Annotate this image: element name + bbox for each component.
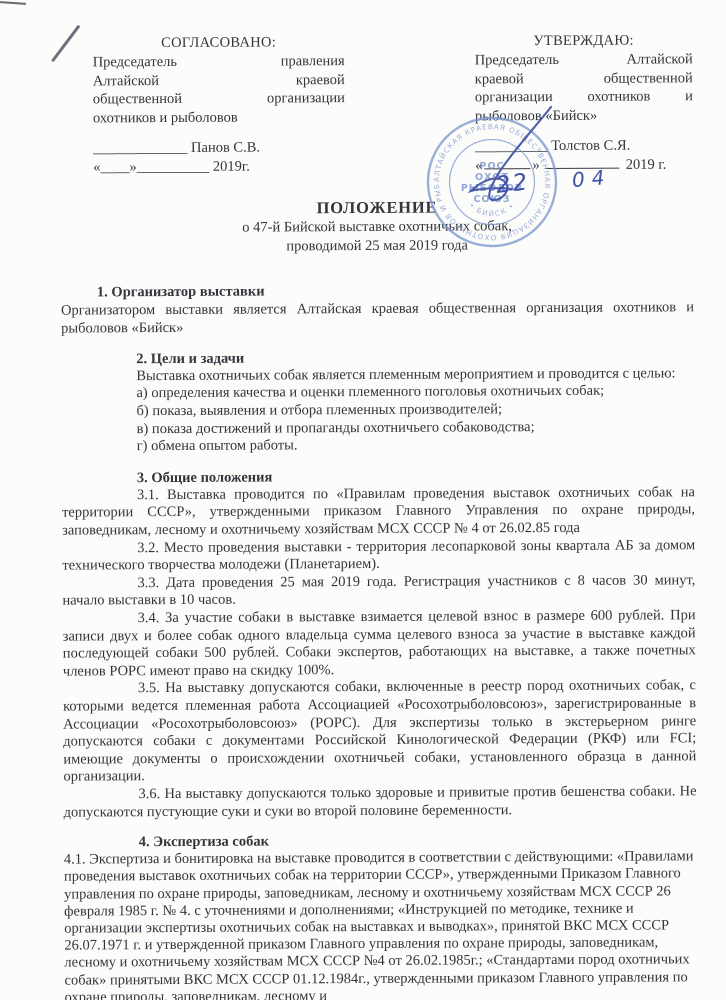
clause-3-1: 3.1. Выставка проводится по «Правилам пр… xyxy=(62,484,695,540)
approved-line: Председатель Алтайской xyxy=(475,50,693,70)
section-2-body: Выставка охотничьих собак является племе… xyxy=(136,365,694,456)
section-general: 3. Общие положения 3.1. Выставка проводи… xyxy=(62,466,697,822)
agreed-line: Алтайской краевой xyxy=(93,71,345,91)
approved-line: рыболовов «Бийск» xyxy=(475,106,693,126)
agreed-line: общественной организации xyxy=(93,89,345,109)
approved-block: УТВЕРЖДАЮ: Председатель Алтайской краево… xyxy=(475,30,694,175)
title-subline: проводимой 25 мая 2019 года xyxy=(61,236,694,259)
agreed-block: СОГЛАСОВАНО: Председатель правления Алта… xyxy=(93,32,346,177)
agreed-line: охотников и рыболовов xyxy=(93,108,345,128)
clause-3-5: 3.5. На выставку допускаются собаки, вкл… xyxy=(63,678,697,787)
date-day-blank xyxy=(484,156,530,170)
clause-3-4: 3.4. За участие собаки в выставке взимае… xyxy=(63,607,696,681)
title-block: ПОЛОЖЕНИЕ о 47-й Бийской выставке охотни… xyxy=(60,195,693,258)
approved-line: организации охотников и xyxy=(475,87,693,107)
approved-title: УТВЕРЖДАЮ: xyxy=(475,30,693,51)
clause-3-6: 3.6. На выставку допускаются только здор… xyxy=(63,783,696,822)
approval-header: СОГЛАСОВАНО: Председатель правления Алта… xyxy=(60,30,694,177)
clause-3-3: 3.3. Дата проведения 25 мая 2019 года. Р… xyxy=(62,572,695,611)
approved-signature-line: __________ Толстов С.Я. xyxy=(475,137,693,157)
date-month-blank xyxy=(545,156,619,170)
quote-close: » xyxy=(532,157,539,173)
section-4-body: 4.1. Экспертиза и бонитировка на выставк… xyxy=(64,848,698,1000)
goal-item: г) обмена опытом работы. xyxy=(137,436,695,457)
section-organizer: 1. Организатор выставки Организатором вы… xyxy=(61,280,694,337)
approved-date-line: «»2019 г. xyxy=(475,155,693,175)
agreed-title: СОГЛАСОВАНО: xyxy=(93,32,345,53)
approved-year: 2019 г. xyxy=(626,157,667,173)
approved-line: краевой общественной xyxy=(475,69,693,89)
clause-3-2: 3.2. Место проведения выставки - террито… xyxy=(62,537,695,576)
section-goals: 2. Цели и задачи Выставка охотничьих соб… xyxy=(61,347,695,456)
agreed-date-line: «____»__________ 2019г. xyxy=(93,157,345,177)
agreed-signature-line: _____________ Панов С.В. xyxy=(93,138,345,158)
section-2-intro: Выставка охотничьих собак является племе… xyxy=(136,365,694,386)
quote-open: « xyxy=(475,158,482,174)
agreed-line: Председатель правления xyxy=(93,52,345,72)
document-page: СОГЛАСОВАНО: Председатель правления Алта… xyxy=(0,0,726,1000)
section-expertise: 4. Экспертиза собак 4.1. Экспертиза и бо… xyxy=(64,830,698,1000)
document-content: СОГЛАСОВАНО: Председатель правления Алта… xyxy=(0,0,726,1000)
section-1-body: Организатором выставки является Алтайска… xyxy=(61,298,694,337)
